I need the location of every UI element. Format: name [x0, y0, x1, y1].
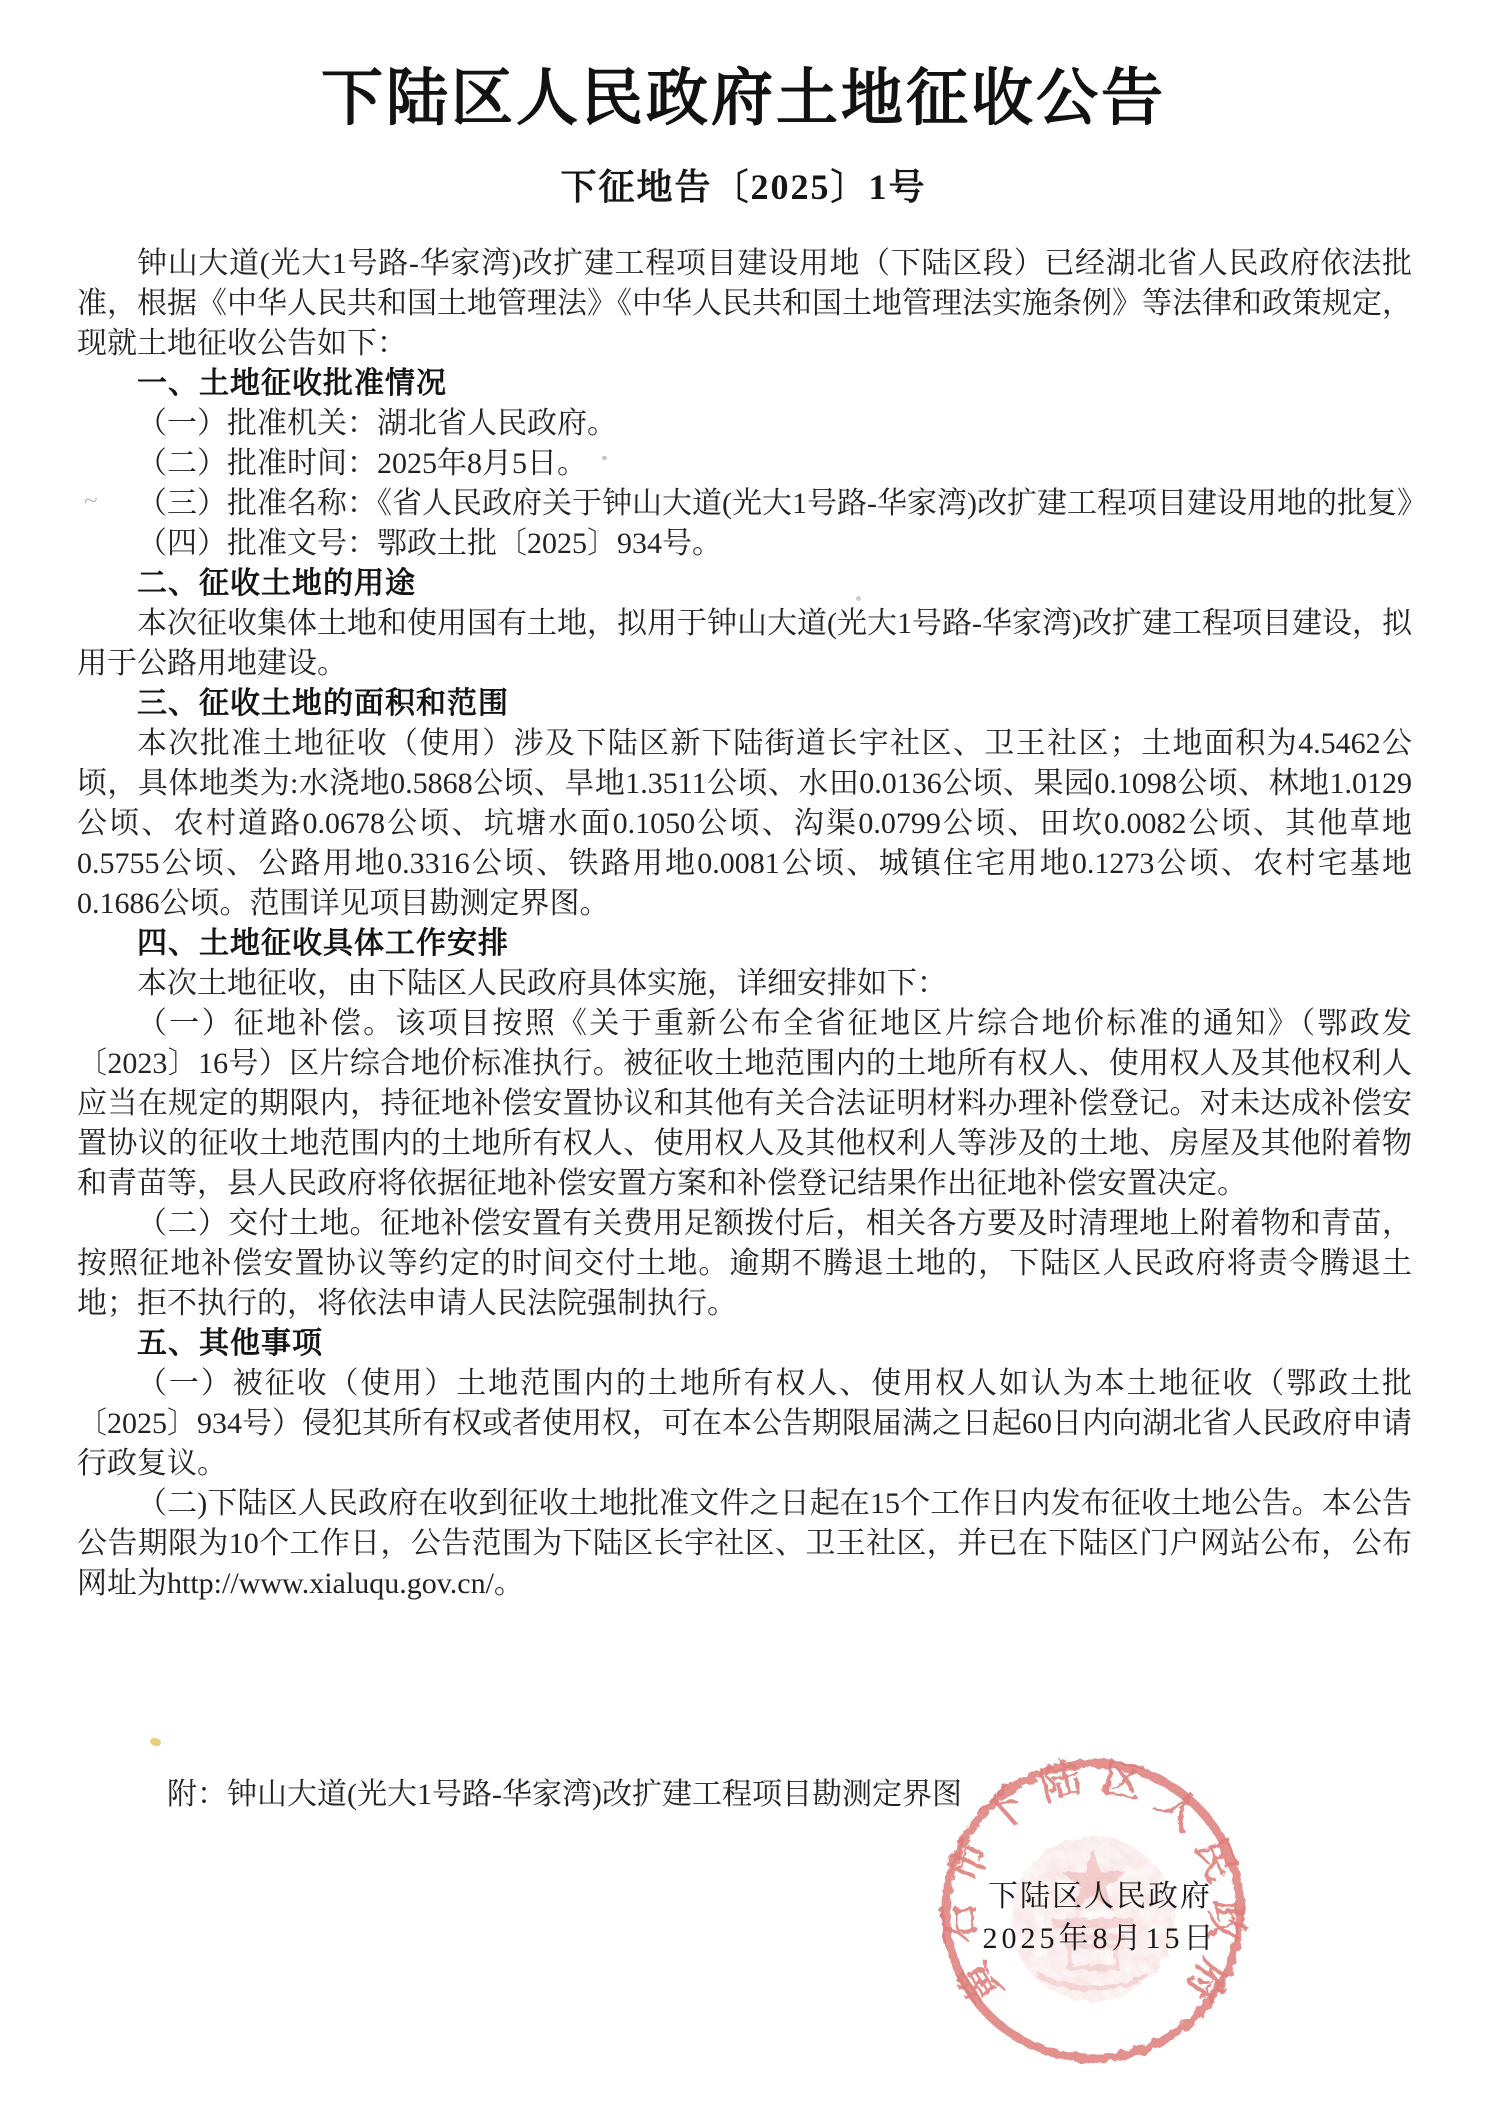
signature-issuer: 下陆区人民政府 [900, 1876, 1300, 1918]
page-title: 下陆区人民政府土地征收公告 [0, 64, 1487, 135]
announcement-page: 下陆区人民政府土地征收公告 下征地告〔2025〕1号 钟山大道(光大1号路-华家… [0, 0, 1487, 2102]
paragraph: （二)下陆区人民政府在收到征收土地批准文件之日起在15个工作日内发布征收土地公告… [77, 1484, 1412, 1604]
paragraph: （一）被征收（使用）土地范围内的土地所有权人、使用权人如认为本土地征收（鄂政土批… [77, 1364, 1412, 1484]
section-2-heading: 二、征收土地的用途 [77, 564, 1412, 604]
scan-artifact [602, 456, 607, 460]
section-4-heading: 四、土地征收具体工作安排 [77, 924, 1412, 964]
section-5-heading: 五、其他事项 [77, 1324, 1412, 1364]
signature-block: 下陆区人民政府 2025年8月15日 [900, 1876, 1300, 1960]
signature-date: 2025年8月15日 [900, 1918, 1300, 1960]
paragraph: （三）批准名称：《省人民政府关于钟山大道(光大1号路-华家湾)改扩建工程项目建设… [77, 484, 1412, 524]
section-3-heading: 三、征收土地的面积和范围 [77, 684, 1412, 724]
paragraph: （二）交付土地。征地补偿安置有关费用足额拨付后，相关各方要及时清理地上附着物和青… [77, 1204, 1412, 1324]
paragraph: 本次征收集体土地和使用国有土地，拟用于钟山大道(光大1号路-华家湾)改扩建工程项… [77, 604, 1412, 684]
paragraph: （一）征地补偿。该项目按照《关于重新公布全省征地区片综合地价标准的通知》（鄂政发… [77, 1004, 1412, 1204]
section-1-heading: 一、土地征收批准情况 [77, 364, 1412, 404]
document-body: 钟山大道(光大1号路-华家湾)改扩建工程项目建设用地（下陆区段）已经湖北省人民政… [77, 244, 1412, 1604]
paragraph: （四）批准文号：鄂政土批〔2025〕934号。 [77, 524, 1412, 564]
doc-number: 下征地告〔2025〕1号 [0, 159, 1487, 210]
intro-paragraph: 钟山大道(光大1号路-华家湾)改扩建工程项目建设用地（下陆区段）已经湖北省人民政… [77, 244, 1412, 364]
scan-artifact [149, 1736, 162, 1748]
paragraph: （一）批准机关：湖北省人民政府。 [77, 404, 1412, 444]
paragraph: 本次批准土地征收（使用）涉及下陆区新下陆街道长宇社区、卫王社区；土地面积为4.5… [77, 724, 1412, 924]
paragraph: 本次土地征收，由下陆区人民政府具体实施，详细安排如下： [77, 964, 1412, 1004]
paragraph: （二）批准时间：2025年8月5日。 [77, 444, 1412, 484]
scan-artifact [856, 596, 861, 601]
